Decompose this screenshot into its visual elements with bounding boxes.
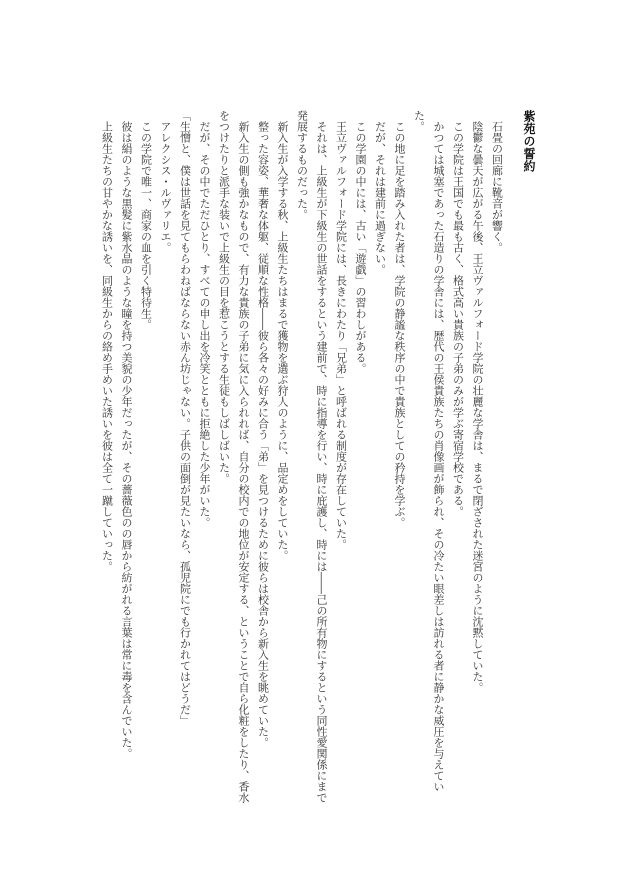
paragraph: 石畳の回廊に靴音が響く。 [487, 110, 507, 810]
paragraph: 整った容姿、華奢な体躯、従順な性格――彼ら各々の好みに合う「弟」を見つけるために… [253, 110, 273, 810]
paragraph: この地に足を踏み入れた者は、学院の静謐な秩序の中で貴族としての矜持を学ぶ。 [390, 110, 410, 810]
paragraph: 新入生の側も強かなもので、有力な貴族の子弟に気に入られれば、自分の校内での地位が… [214, 110, 253, 810]
paragraph: かつては城塞であった石造りの学舎には、歴代の王侯貴族たちの肖像画が飾られ、その冷… [409, 110, 448, 810]
paragraph: だが、その中でただひとり、すべての申し出を冷笑とともに拒絶した少年がいた。 [195, 110, 215, 810]
paragraph: アレクシス・ルヴァリエ。 [156, 110, 176, 810]
paragraph: だが、それは建前に過ぎない。 [370, 110, 390, 810]
dialogue-paragraph: 「生憎と、僕は世話を見てもらわねばならない赤ん坊じゃない。子供の面倒が見たいなら… [175, 110, 195, 810]
paragraph: それは、上級生が下級生の世話をするという建前で、時に指導を行い、時に庇護し、時に… [292, 110, 331, 810]
paragraph: 新入生が入学する秋、上級生たちはまるで獲物を選ぶ狩人のように、品定めをしていた。 [273, 110, 293, 810]
paragraph: この学園の中には、古い「遊戯」の習わしがある。 [351, 110, 371, 810]
paragraph: 陰鬱な曇天が広がる午後、王立ヴァルフォード学院の壮麗な学舎は、まるで閉ざされた迷… [468, 110, 488, 810]
document-page: 紫苑の誓約 石畳の回廊に靴音が響く。 陰鬱な曇天が広がる午後、王立ヴァルフォード… [0, 0, 630, 890]
paragraph: この学院で唯一、商家の血を引く特待生。 [136, 110, 156, 810]
paragraph: 上級生たちの甘やかな誘いを、同級生からの絡め手めいた誘いを彼は全て一蹴していった… [97, 110, 117, 810]
document-title: 紫苑の誓約 [519, 110, 539, 810]
paragraph: 王立ヴァルフォード学院には、長きにわたり「兄弟」と呼ばれる制度が存在していた。 [331, 110, 351, 810]
paragraph: 彼は絹のような黒髪に紫水晶のような瞳を持つ美貌の少年だったが、その薔薇色のの唇か… [117, 110, 137, 810]
paragraph: この学院は王国でも最も古く、格式高い貴族の子弟のみが学ぶ寄宿学校である。 [448, 110, 468, 810]
vertical-text-body: 紫苑の誓約 石畳の回廊に靴音が響く。 陰鬱な曇天が広がる午後、王立ヴァルフォード… [97, 110, 538, 810]
